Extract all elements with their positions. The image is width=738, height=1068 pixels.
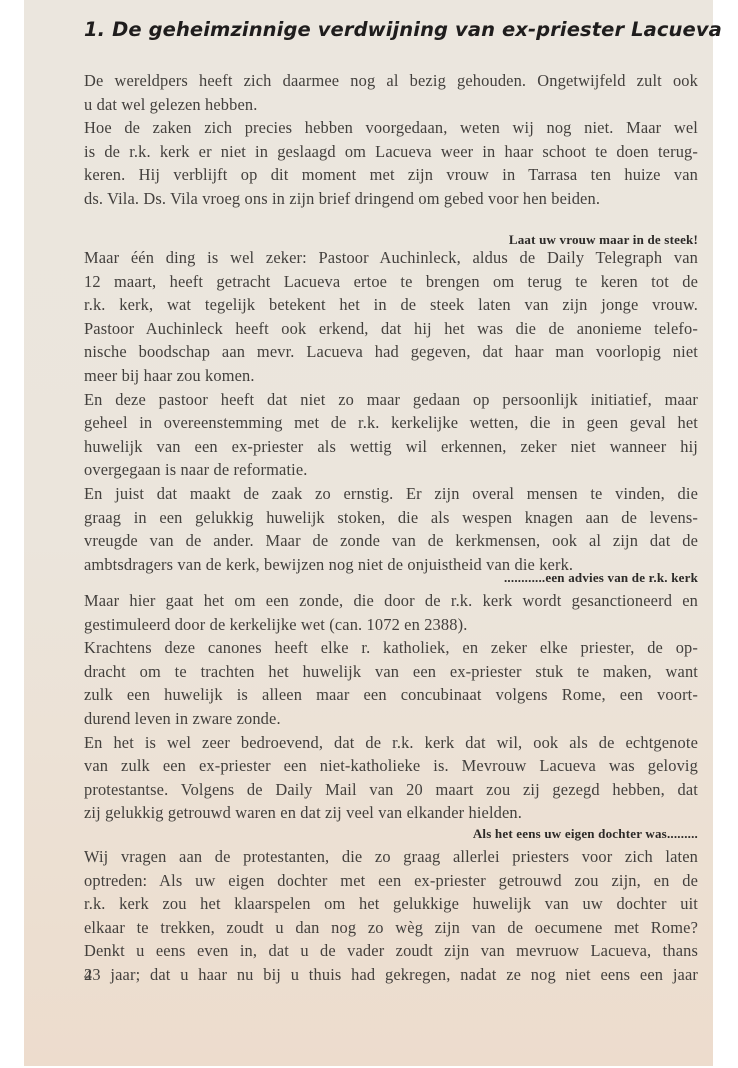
text-line: gestimuleerd door de kerkelijke wet (can… [84,613,698,637]
text-line: protestantse. Volgens de Daily Mail van … [84,778,698,802]
subheading: Als het eens uw eigen dochter was.......… [84,826,698,842]
text-line: overgegaan is naar de reformatie. [84,458,698,482]
text-line: Maar hier gaat het om een zonde, die doo… [84,589,698,613]
text-line: zij gelukkig getrouwd waren en dat zij v… [84,801,698,825]
text-line: dracht om te trachten het huwelijk van e… [84,660,698,684]
paragraph: Maar hier gaat het om een zonde, die doo… [84,589,698,825]
text-line: geheel in overeenstemming met de r.k. ke… [84,411,698,435]
text-line: durend leven in zware zonde. [84,707,698,731]
text-line: Hoe de zaken zich precies hebben voorged… [84,116,698,140]
text-line: graag in een gelukkig huwelijk stoken, d… [84,506,698,530]
text-line: zulk een huwelijk is alleen maar een con… [84,683,698,707]
text-line: keren. Hij verblijft op dit moment met z… [84,163,698,187]
text-line: huwelijk van een ex-priester als wettig … [84,435,698,459]
text-line: elkaar te trekken, zoudt u dan nog zo wè… [84,916,698,940]
text-line: r.k. kerk zou het klaarspelen om het gel… [84,892,698,916]
chapter-title: 1. De geheimzinnige verdwijning van ex-p… [84,18,704,41]
text-line: Pastoor Auchinleck heeft ook erkend, dat… [84,317,698,341]
paragraph: Wij vragen aan de protestanten, die zo g… [84,845,698,987]
text-line: u dat wel gelezen hebben. [84,93,698,117]
text-line: Denkt u eens even in, dat u de vader zou… [84,939,698,963]
text-line: En deze pastoor heeft dat niet zo maar g… [84,388,698,412]
text-line: 23 jaar; dat u haar nu bij u thuis had g… [84,963,698,987]
text-line: En juist dat maakt de zaak zo ernstig. E… [84,482,698,506]
text-line: r.k. kerk, wat tegelijk betekent het in … [84,293,698,317]
subheading: ............een advies van de r.k. kerk [84,570,698,586]
text-line: ds. Vila. Ds. Vila vroeg ons in zijn bri… [84,187,698,211]
paragraph: Maar één ding is wel zeker: Pastoor Auch… [84,246,698,576]
text-line: is de r.k. kerk er niet in geslaagd om L… [84,140,698,164]
text-line: 12 maart, heeft getracht Lacueva ertoe t… [84,270,698,294]
text-line: Wij vragen aan de protestanten, die zo g… [84,845,698,869]
text-line: vreugde van de ander. Maar de zonde van … [84,529,698,553]
page-number: 4 [84,967,92,985]
text-line: optreden: Als uw eigen dochter met een e… [84,869,698,893]
text-line: nische boodschap aan mevr. Lacueva had g… [84,340,698,364]
paragraph: De wereldpers heeft zich daarmee nog al … [84,69,698,211]
text-line: Krachtens deze canones heeft elke r. kat… [84,636,698,660]
text-line: van zulk een ex-priester een niet-kathol… [84,754,698,778]
text-line: meer bij haar zou komen. [84,364,698,388]
text-line: En het is wel zeer bedroevend, dat de r.… [84,731,698,755]
book-page: 1. De geheimzinnige verdwijning van ex-p… [24,0,713,1066]
text-line: De wereldpers heeft zich daarmee nog al … [84,69,698,93]
text-line: Maar één ding is wel zeker: Pastoor Auch… [84,246,698,270]
